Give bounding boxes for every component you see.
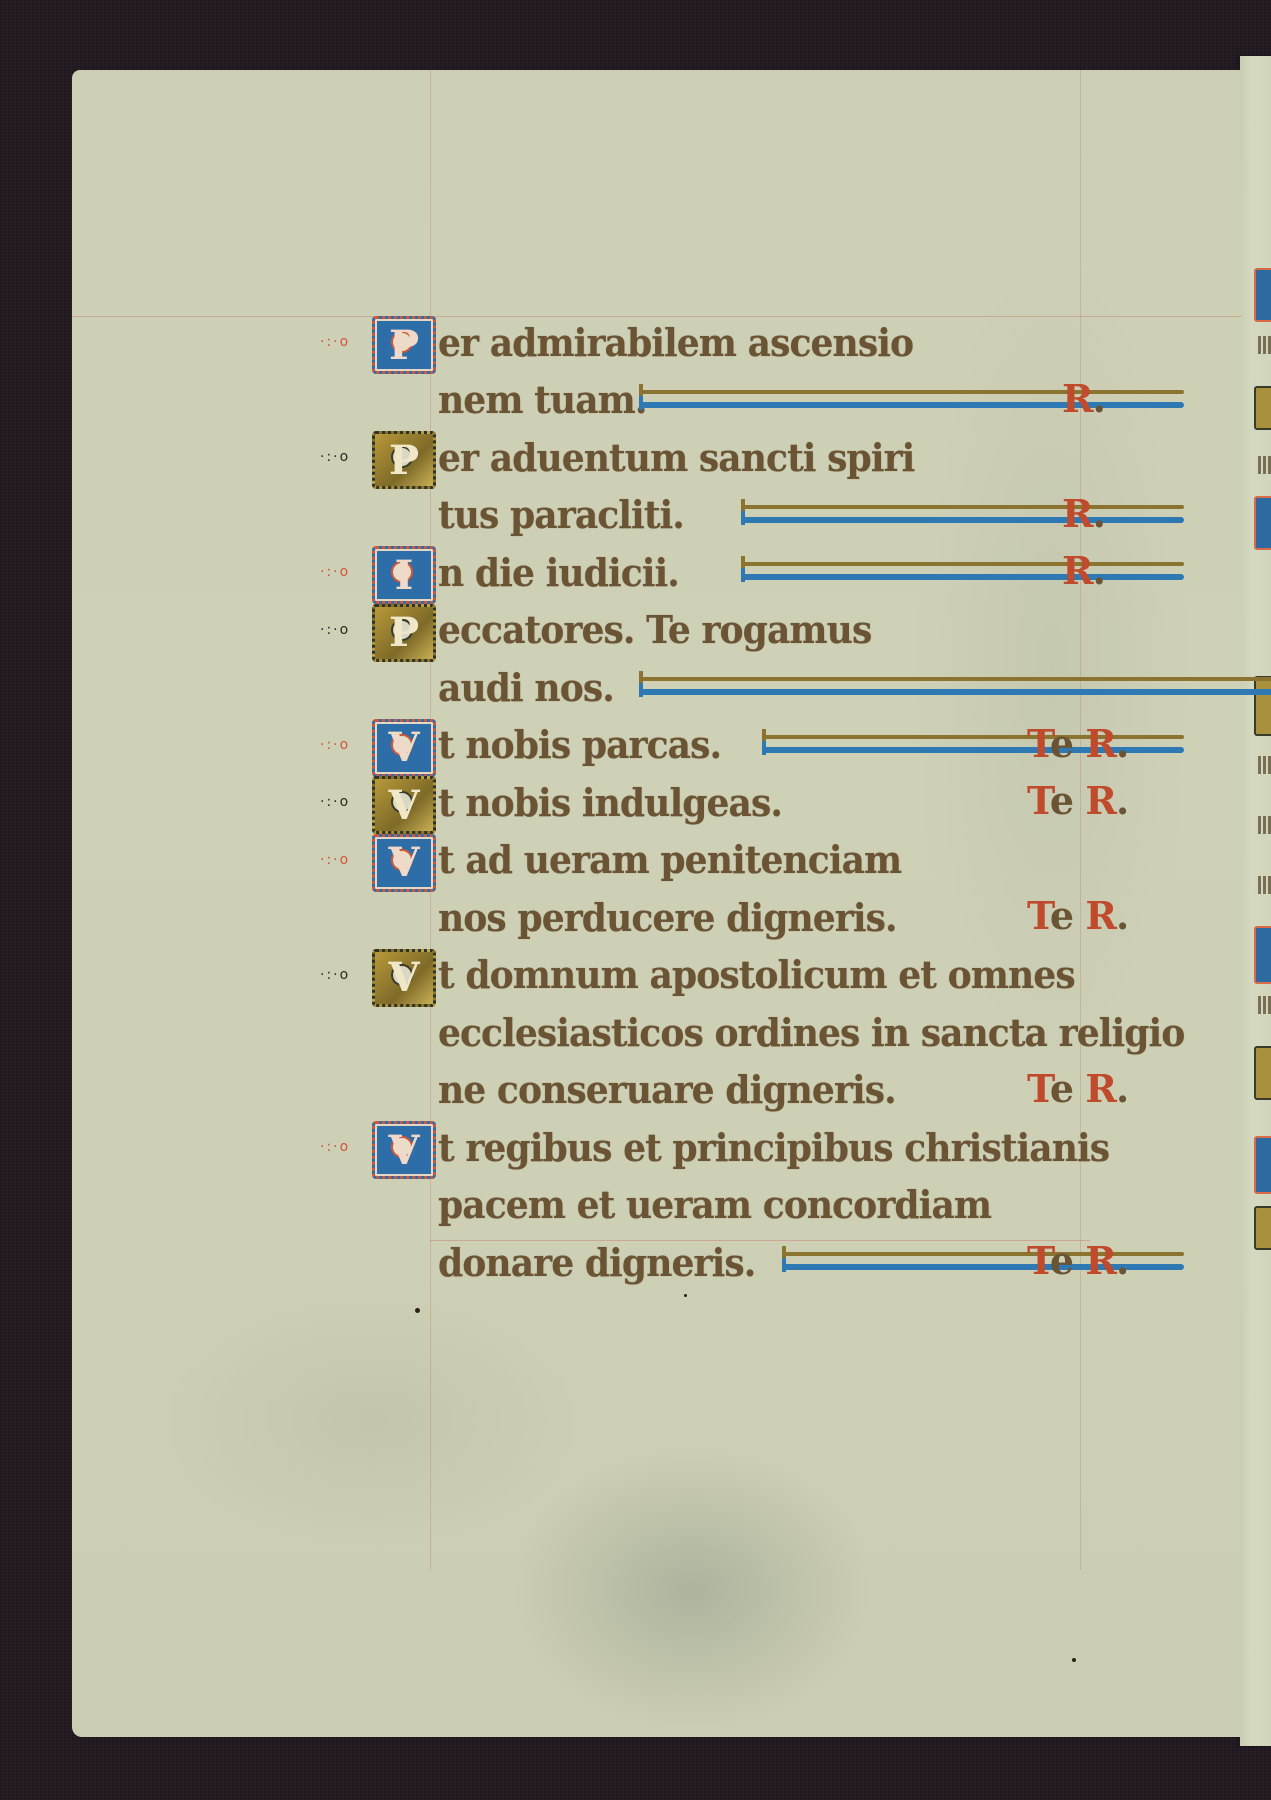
penwork-flourish-icon: ·:·o bbox=[320, 967, 350, 983]
line-text: eccatores. Te rogamus bbox=[438, 607, 871, 652]
facing-initial-icon bbox=[1254, 926, 1271, 984]
line-text: t nobis parcas. bbox=[438, 722, 721, 767]
manuscript-leaf: P ·:·o er admirabilem ascensio nem tuam.… bbox=[72, 70, 1242, 1737]
initial-letter: P bbox=[389, 322, 419, 369]
response-rubric: Te R. bbox=[1027, 1238, 1128, 1283]
line-filler-icon bbox=[639, 675, 1271, 701]
response-rubric: Te R. bbox=[1027, 1066, 1128, 1111]
initial-letter: V bbox=[388, 954, 419, 1001]
facing-text-fragment bbox=[1258, 456, 1271, 474]
response-rubric: Te R. bbox=[1027, 778, 1128, 823]
facing-text-fragment bbox=[1258, 816, 1271, 834]
ink-speck bbox=[1072, 1658, 1076, 1662]
facing-text-fragment bbox=[1258, 336, 1271, 354]
text-line: V ·:·o t nobis parcas. Te R. bbox=[72, 719, 1242, 771]
text-line: V ·:·o t ad ueram penitenciam bbox=[72, 834, 1242, 886]
text-line: V ·:·o t domnum apostolicum et omnes bbox=[72, 949, 1242, 1001]
illuminated-initial: V bbox=[372, 776, 436, 834]
facing-initial-icon bbox=[1254, 268, 1271, 322]
text-line: ecclesiasticos ordines in sancta religio bbox=[72, 1006, 1242, 1058]
facing-initial-icon bbox=[1254, 1136, 1271, 1194]
text-line: I ·:·o n die iudicii. R. bbox=[72, 546, 1242, 598]
illuminated-initial: P bbox=[372, 316, 436, 374]
text-line: audi nos. bbox=[72, 661, 1242, 713]
penwork-flourish-icon: ·:·o bbox=[320, 564, 350, 580]
facing-text-fragment bbox=[1258, 996, 1271, 1014]
line-text: t domnum apostolicum et omnes bbox=[438, 952, 1075, 997]
line-text: t ad ueram penitenciam bbox=[438, 837, 901, 882]
facing-initial-icon bbox=[1254, 1046, 1271, 1100]
text-line: V ·:·o t regibus et principibus christia… bbox=[72, 1121, 1242, 1173]
text-block: P ·:·o er admirabilem ascensio nem tuam.… bbox=[72, 70, 1242, 1370]
initial-letter: P bbox=[389, 609, 419, 656]
line-text: pacem et ueram concordiam bbox=[438, 1182, 991, 1227]
illuminated-initial: P bbox=[372, 431, 436, 489]
initial-letter: P bbox=[389, 437, 419, 484]
line-text: tus paracliti. bbox=[438, 492, 684, 537]
penwork-flourish-icon: ·:·o bbox=[320, 852, 350, 868]
response-rubric: R. bbox=[1062, 376, 1105, 421]
line-text: t nobis indulgeas. bbox=[438, 780, 782, 825]
text-line: V ·:·o t nobis indulgeas. Te R. bbox=[72, 776, 1242, 828]
text-line: pacem et ueram concordiam bbox=[72, 1179, 1242, 1231]
text-line: tus paracliti. R. bbox=[72, 489, 1242, 541]
penwork-flourish-icon: ·:·o bbox=[320, 449, 350, 465]
response-rubric: R. bbox=[1062, 548, 1105, 593]
text-line: donare digneris. Te R. bbox=[72, 1236, 1242, 1288]
penwork-flourish-icon: ·:·o bbox=[320, 737, 350, 753]
ink-speck bbox=[684, 1294, 687, 1297]
penwork-flourish-icon: ·:·o bbox=[320, 622, 350, 638]
initial-letter: V bbox=[388, 724, 419, 771]
illuminated-initial: V bbox=[372, 1121, 436, 1179]
illuminated-initial: V bbox=[372, 719, 436, 777]
ink-speck bbox=[415, 1308, 420, 1313]
line-text: nos perducere digneris. bbox=[438, 895, 897, 940]
response-rubric: R. bbox=[1062, 491, 1105, 536]
illuminated-initial: I bbox=[372, 546, 436, 604]
text-line: P ·:·o er aduentum sancti spiri bbox=[72, 431, 1242, 483]
text-line: ne conseruare digneris. Te R. bbox=[72, 1064, 1242, 1116]
line-text: ne conseruare digneris. bbox=[438, 1067, 896, 1112]
penwork-flourish-icon: ·:·o bbox=[320, 334, 350, 350]
illuminated-initial: V bbox=[372, 834, 436, 892]
text-line: nem tuam. R. bbox=[72, 374, 1242, 426]
illuminated-initial: V bbox=[372, 949, 436, 1007]
facing-text-fragment bbox=[1258, 756, 1271, 774]
facing-page-edge bbox=[1240, 56, 1271, 1746]
initial-letter: V bbox=[388, 839, 419, 886]
initial-letter: V bbox=[388, 782, 419, 829]
facing-initial-icon bbox=[1254, 496, 1271, 550]
penwork-flourish-icon: ·:·o bbox=[320, 794, 350, 810]
text-line: P ·:·o er admirabilem ascensio bbox=[72, 316, 1242, 368]
response-rubric: Te R. bbox=[1027, 721, 1128, 766]
line-text: donare digneris. bbox=[438, 1240, 755, 1285]
line-text: er admirabilem ascensio bbox=[438, 320, 913, 365]
response-rubric: Te R. bbox=[1027, 893, 1128, 938]
initial-letter: V bbox=[388, 1127, 419, 1174]
text-line: P ·:·o eccatores. Te rogamus bbox=[72, 604, 1242, 656]
illuminated-initial: P bbox=[372, 604, 436, 662]
facing-text-fragment bbox=[1258, 876, 1271, 894]
line-text: audi nos. bbox=[438, 665, 614, 710]
initial-letter: I bbox=[395, 552, 414, 599]
line-text: er aduentum sancti spiri bbox=[438, 435, 914, 480]
facing-initial-icon bbox=[1254, 1206, 1271, 1250]
line-filler-icon bbox=[741, 503, 1184, 529]
penwork-flourish-icon: ·:·o bbox=[320, 1139, 350, 1155]
line-text: n die iudicii. bbox=[438, 550, 679, 595]
line-text: t regibus et principibus christianis bbox=[438, 1125, 1109, 1170]
facing-initial-icon bbox=[1254, 386, 1271, 430]
line-text: nem tuam. bbox=[438, 377, 647, 422]
text-line: nos perducere digneris. Te R. bbox=[72, 891, 1242, 943]
line-filler-icon bbox=[741, 560, 1184, 586]
line-text: ecclesiasticos ordines in sancta religio bbox=[438, 1010, 1184, 1055]
